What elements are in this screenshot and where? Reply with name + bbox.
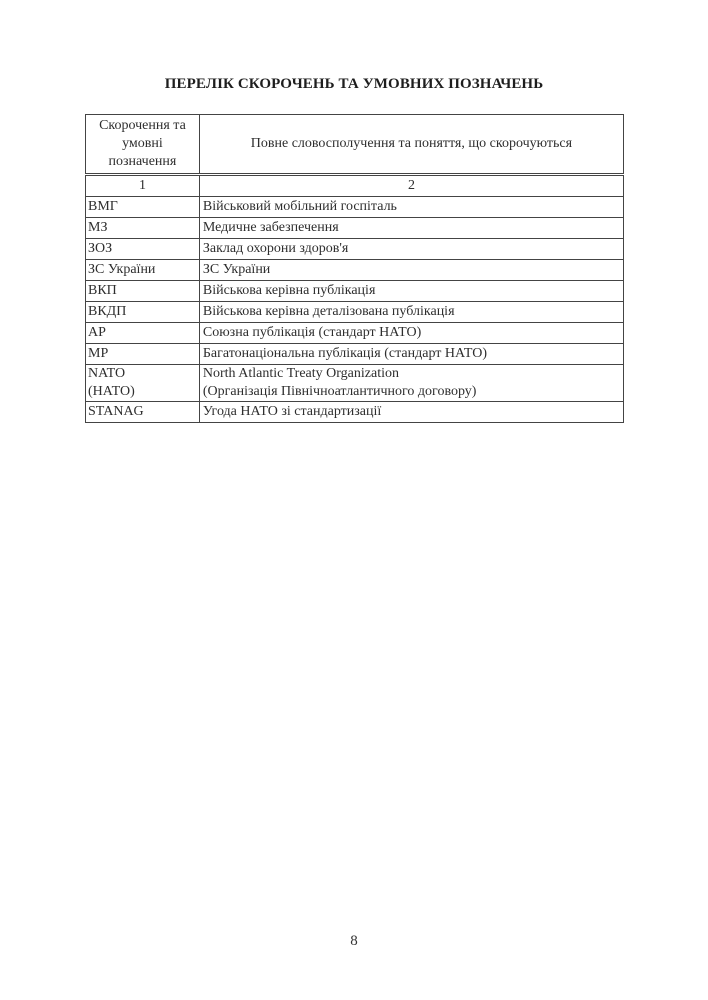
page-title: ПЕРЕЛІК СКОРОЧЕНЬ ТА УМОВНИХ ПОЗНАЧЕНЬ xyxy=(0,76,708,93)
table-header-row: Скорочення та умовні позначення Повне сл… xyxy=(86,115,624,175)
full-phrase-cell: ЗС України xyxy=(199,260,623,281)
full-phrase-cell: Військова керівна деталізована публікаці… xyxy=(199,302,623,323)
abbreviation-cell: NATO(НАТО) xyxy=(86,365,200,402)
table-row: ВКПВійськова керівна публікація xyxy=(86,281,624,302)
full-phrase-cell: North Atlantic Treaty Organization(Орган… xyxy=(199,365,623,402)
table-row: ЗС УкраїниЗС України xyxy=(86,260,624,281)
abbreviation-cell: ЗС України xyxy=(86,260,200,281)
column-number-1: 1 xyxy=(86,175,200,197)
page-number: 8 xyxy=(0,933,708,950)
abbreviation-cell: МЗ xyxy=(86,218,200,239)
abbreviation-cell: ЗОЗ xyxy=(86,239,200,260)
full-phrase-cell: Заклад охорони здоров'я xyxy=(199,239,623,260)
full-phrase-cell: Багатонаціональна публікація (стандарт Н… xyxy=(199,344,623,365)
column-number-row: 1 2 xyxy=(86,175,624,197)
abbreviations-table: Скорочення та умовні позначення Повне сл… xyxy=(85,114,624,423)
abbreviation-cell: ВКДП xyxy=(86,302,200,323)
table-row: ВКДПВійськова керівна деталізована публі… xyxy=(86,302,624,323)
abbreviation-cell: МР xyxy=(86,344,200,365)
table-row: ЗОЗЗаклад охорони здоров'я xyxy=(86,239,624,260)
table-row: STANAGУгода НАТО зі стандартизації xyxy=(86,402,624,423)
table-row: NATO(НАТО)North Atlantic Treaty Organiza… xyxy=(86,365,624,402)
abbreviation-cell: ВМГ xyxy=(86,197,200,218)
full-phrase-cell: Союзна публікація (стандарт НАТО) xyxy=(199,323,623,344)
full-phrase-cell: Угода НАТО зі стандартизації xyxy=(199,402,623,423)
column-header-full-phrase: Повне словосполучення та поняття, що ско… xyxy=(199,115,623,175)
table-row: ВМГВійськовий мобільний госпіталь xyxy=(86,197,624,218)
table-row: АРСоюзна публікація (стандарт НАТО) xyxy=(86,323,624,344)
full-phrase-cell: Військовий мобільний госпіталь xyxy=(199,197,623,218)
abbreviation-line: (НАТО) xyxy=(88,383,197,401)
abbreviation-cell: STANAG xyxy=(86,402,200,423)
column-number-2: 2 xyxy=(199,175,623,197)
column-header-abbreviation: Скорочення та умовні позначення xyxy=(86,115,200,175)
full-phrase-cell: Медичне забезпечення xyxy=(199,218,623,239)
full-phrase-line: (Організація Північноатлантичного догово… xyxy=(203,383,621,401)
table-row: МРБагатонаціональна публікація (стандарт… xyxy=(86,344,624,365)
table-row: МЗМедичне забезпечення xyxy=(86,218,624,239)
abbreviation-cell: ВКП xyxy=(86,281,200,302)
abbreviation-line: NATO xyxy=(88,365,197,383)
full-phrase-line: North Atlantic Treaty Organization xyxy=(203,365,621,383)
full-phrase-cell: Військова керівна публікація xyxy=(199,281,623,302)
abbreviation-cell: АР xyxy=(86,323,200,344)
